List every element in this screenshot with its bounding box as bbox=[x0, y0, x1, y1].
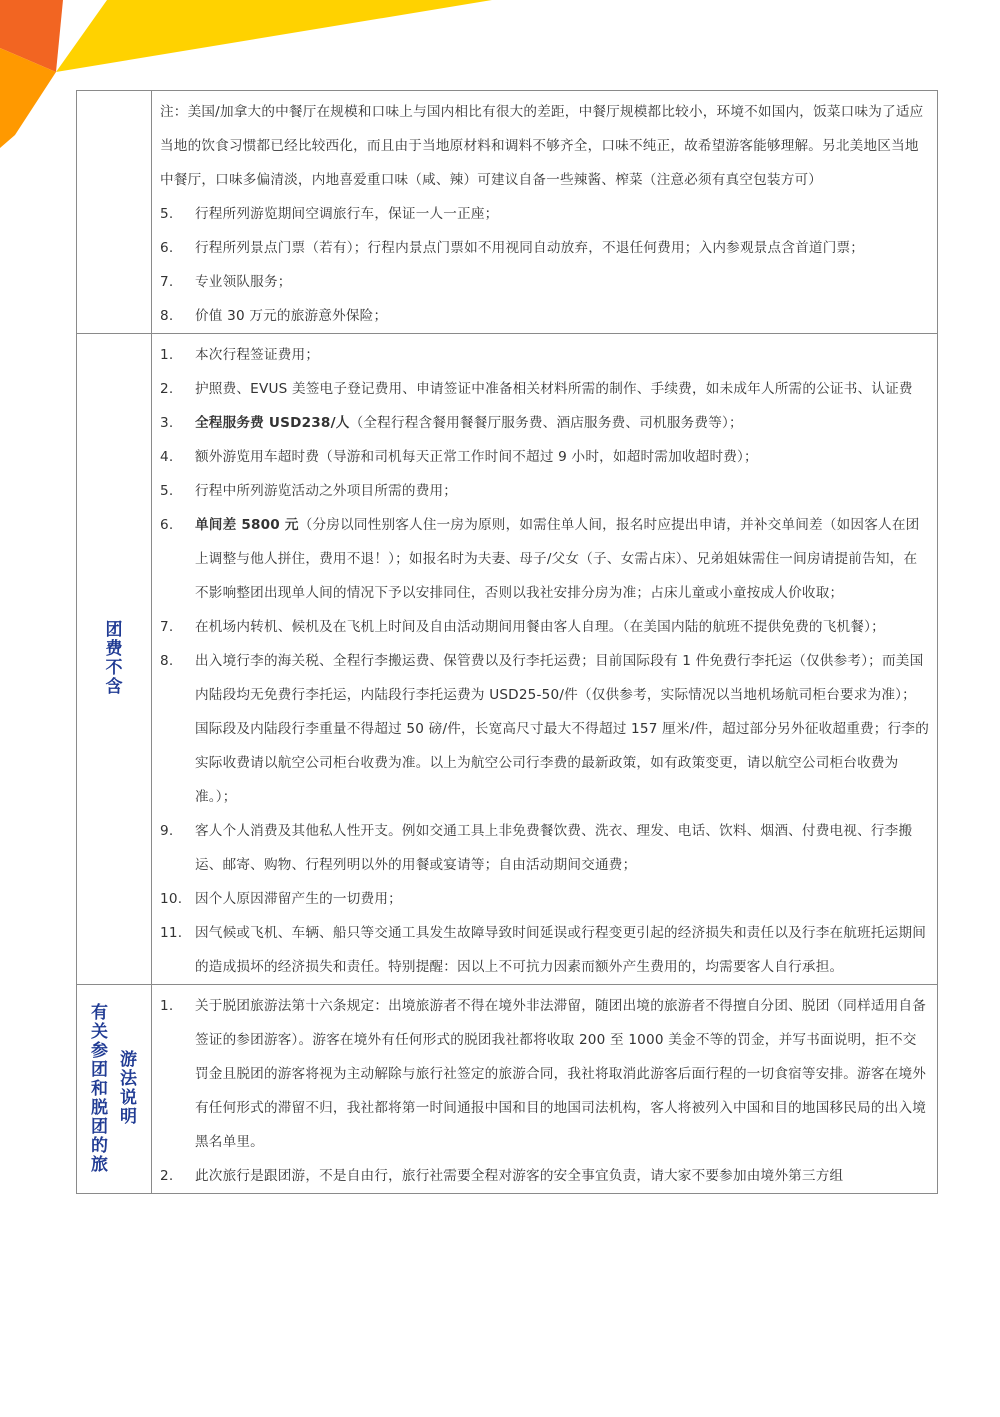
list-item: 8.价值 30 万元的旅游意外保险； bbox=[160, 299, 929, 333]
list-item: 6.行程所列景点门票（若有）；行程内景点门票如不用视同自动放弃，不退任何费用；入… bbox=[160, 231, 929, 265]
list-item: 5.行程中所列游览活动之外项目所需的费用； bbox=[160, 474, 929, 508]
section-content: 1.关于脱团旅游法第十六条规定：出境旅游者不得在境外非法滞留，随团出境的旅游者不… bbox=[152, 985, 938, 1194]
service-fee-amount: 全程服务费 USD238/人 bbox=[195, 415, 350, 431]
section-excludes: 团费不含 1.本次行程签证费用； 2.护照费、EVUS 美签电子登记费用、申请签… bbox=[77, 334, 938, 985]
section-tour-law: 有关参团和脱团的旅 游法说明 1.关于脱团旅游法第十六条规定：出境旅游者不得在境… bbox=[77, 985, 938, 1194]
section-label-tour-law-part1: 有关参团和脱团的旅 bbox=[90, 1004, 109, 1175]
list-item: 10.因个人原因滞留产生的一切费用； bbox=[160, 882, 929, 916]
yellow-shard bbox=[56, 0, 492, 72]
list-item: 1.本次行程签证费用； bbox=[160, 338, 929, 372]
restaurant-note: 注：美国/加拿大的中餐厅在规模和口味上与国内相比有很大的差距，中餐厅规模都比较小… bbox=[160, 95, 929, 197]
list-item: 4.额外游览用车超时费（导游和司机每天正常工作时间不超过 9 小时，如超时需加收… bbox=[160, 440, 929, 474]
section-label-cell: 团费不含 bbox=[77, 334, 152, 985]
list-item: 7.专业领队服务； bbox=[160, 265, 929, 299]
section-label-empty bbox=[77, 91, 152, 334]
list-item: 2.此次旅行是跟团游，不是自由行，旅行社需要全程对游客的安全事宜负责，请大家不要… bbox=[160, 1159, 929, 1193]
list-item: 7.在机场内转机、候机及在飞机上时间及自由活动期间用餐由客人自理。（在美国内陆的… bbox=[160, 610, 929, 644]
list-item: 5.行程所列游览期间空调旅行车，保证一人一正座； bbox=[160, 197, 929, 231]
list-item: 11.因气候或飞机、车辆、船只等交通工具发生故障导致时间延误或行程变更引起的经济… bbox=[160, 916, 929, 984]
list-item: 6.单间差 5800 元（分房以同性别客人住一房为原则，如需住单人间，报名时应提… bbox=[160, 508, 929, 610]
list-item: 1.关于脱团旅游法第十六条规定：出境旅游者不得在境外非法滞留，随团出境的旅游者不… bbox=[160, 989, 929, 1159]
section-label-excludes: 团费不含 bbox=[105, 621, 124, 697]
section-label-tour-law-part2: 游法说明 bbox=[119, 1051, 138, 1127]
section-content: 注：美国/加拿大的中餐厅在规模和口味上与国内相比有很大的差距，中餐厅规模都比较小… bbox=[152, 91, 938, 334]
list-item: 8.出入境行李的海关税、全程行李搬运费、保管费以及行李托运费；目前国际段有 1 … bbox=[160, 644, 929, 814]
section-label-cell: 有关参团和脱团的旅 游法说明 bbox=[77, 985, 152, 1194]
list-item: 2.护照费、EVUS 美签电子登记费用、申请签证中准备相关材料所需的制作、手续费… bbox=[160, 372, 929, 406]
single-room-supplement: 单间差 5800 元 bbox=[195, 517, 299, 533]
section-includes-continued: 注：美国/加拿大的中餐厅在规模和口味上与国内相比有很大的差距，中餐厅规模都比较小… bbox=[77, 91, 938, 334]
list-item: 9.客人个人消费及其他私人性开支。例如交通工具上非免费餐饮费、洗衣、理发、电话、… bbox=[160, 814, 929, 882]
section-content: 1.本次行程签证费用； 2.护照费、EVUS 美签电子登记费用、申请签证中准备相… bbox=[152, 334, 938, 985]
list-item: 3.全程服务费 USD238/人（全程行程含餐用餐餐厅服务费、酒店服务费、司机服… bbox=[160, 406, 929, 440]
itinerary-terms-table: 注：美国/加拿大的中餐厅在规模和口味上与国内相比有很大的差距，中餐厅规模都比较小… bbox=[76, 90, 938, 1194]
